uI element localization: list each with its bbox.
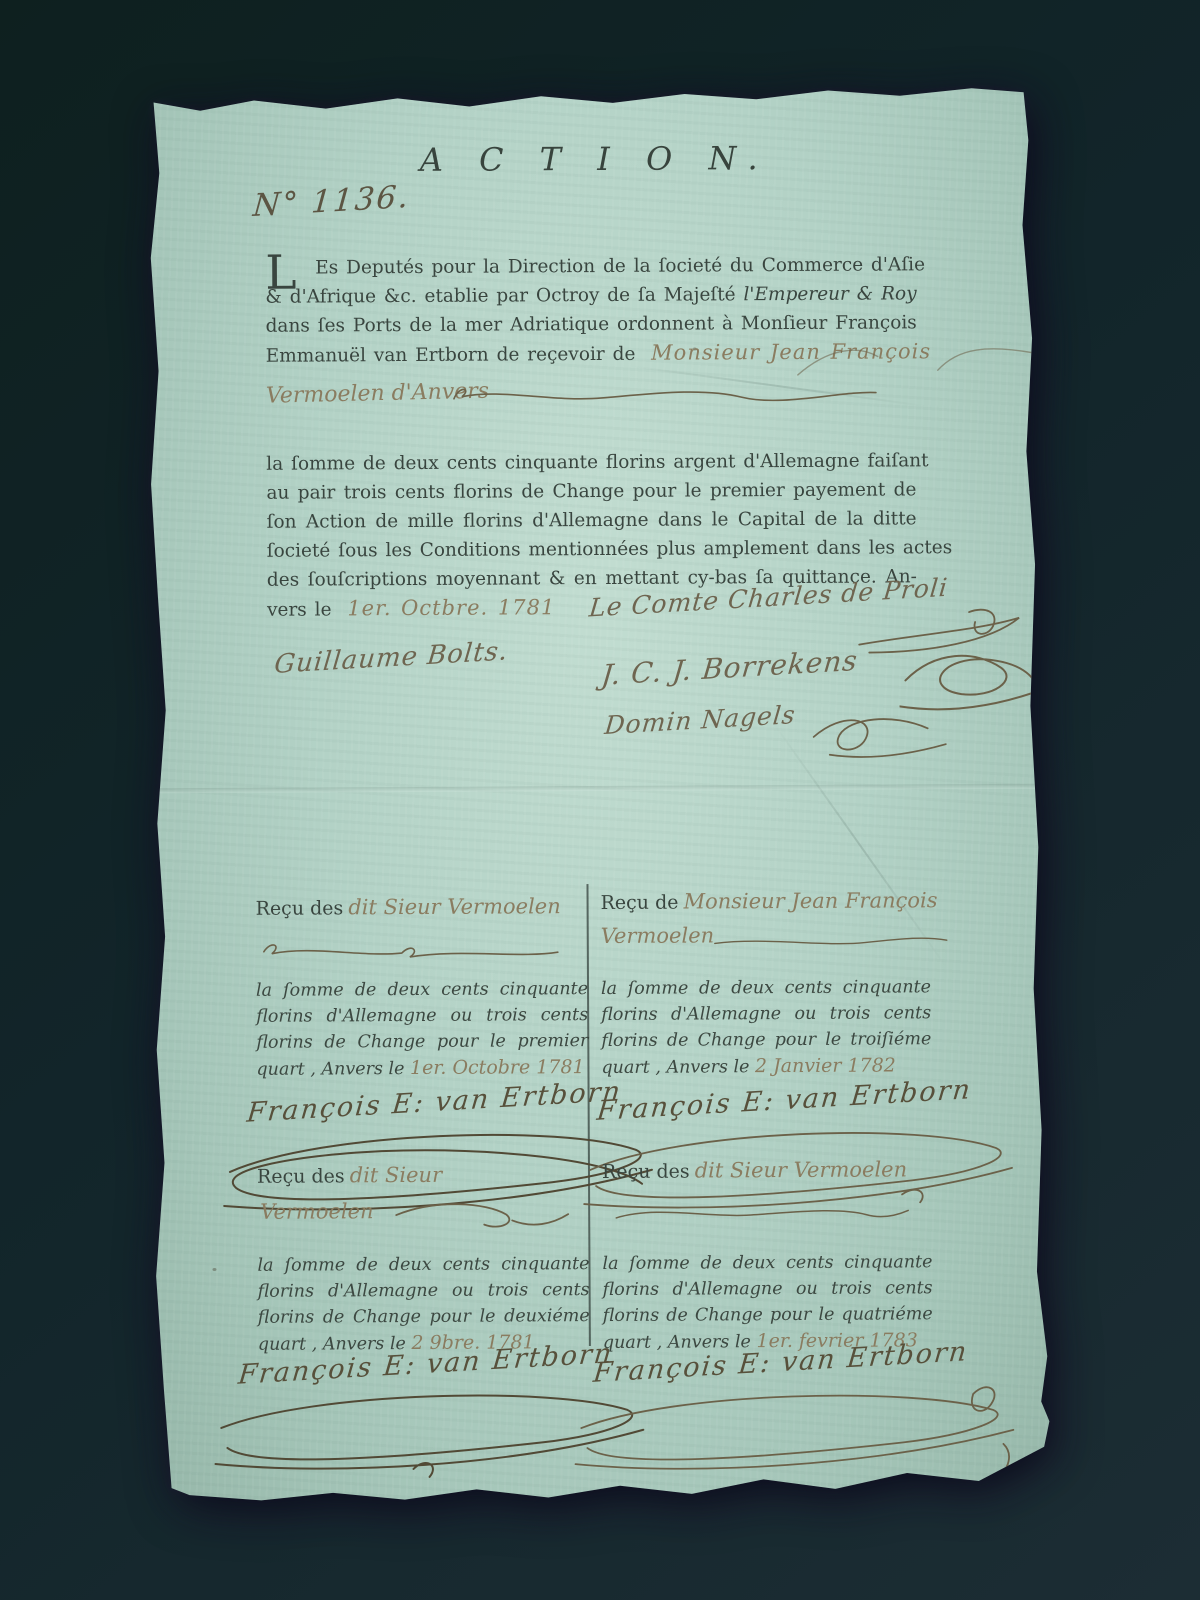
handwritten-recipient: Monsieur Jean François — [651, 339, 931, 364]
paragraph-line: ſon Action de mille florins d'Allemagne … — [267, 504, 917, 536]
paragraph-line: ſocieté ſous les Conditions mentionnées … — [267, 533, 917, 565]
photo-background: A C T I O N. N° 1136. L Es Deputés pour … — [0, 0, 1200, 1600]
paragraph-segment: & d'Afrique &c. etablie par Octroy de ſa… — [265, 284, 743, 308]
handwritten-date: 1er. Octbre. 1781 — [347, 595, 555, 620]
receipt-3-heading-line2: Vermoelen — [260, 1199, 373, 1224]
signature-flourish — [573, 1374, 1024, 1496]
receipt-date: 2 Janvier 1782 — [755, 1054, 896, 1077]
paragraph-line: au pair trois cents florins de Change po… — [266, 475, 916, 507]
receipt-2-signature: François E: van Ertborn — [595, 1074, 973, 1127]
signature-flourish — [213, 1376, 654, 1488]
receipt-3-heading: Reçu des dit Sieur — [257, 1163, 442, 1188]
receipt-line: florins de Change pour le deuxiéme — [258, 1303, 590, 1331]
receipt-line: florins de Change pour le quatriéme — [603, 1301, 933, 1329]
document-title: A C T I O N. — [147, 138, 1044, 181]
pen-flourish — [711, 932, 951, 951]
paragraph-segment: Emmanuël van Ertborn de reçevoir de — [266, 344, 636, 367]
paragraph-line: la ſomme de deux cents cinquante florins… — [266, 446, 916, 478]
paragraph-line: Emmanuël van Ertborn de reçevoir de Mons… — [266, 337, 916, 370]
paragraph-line: dans ſes Ports de la mer Adriatique ordo… — [265, 308, 915, 340]
pen-flourish — [392, 1194, 572, 1231]
receipt-line: florins de Change pour le premier — [256, 1028, 588, 1056]
receipt-line: la ſomme de deux cents cinquante — [602, 1249, 932, 1277]
ink-speck — [212, 1268, 216, 1271]
receipt-line: quart , Anvers le 1er. Octobre 1781 — [256, 1054, 588, 1083]
receipt-2-heading-line2: Vermoelen — [601, 923, 714, 948]
receipt-hand-name: dit Sieur — [350, 1163, 442, 1187]
receipt-line: quart , Anvers le 2 Janvier 1782 — [601, 1052, 931, 1081]
document-paper: A C T I O N. N° 1136. L Es Deputés pour … — [146, 84, 1050, 1503]
pen-flourish — [448, 381, 878, 409]
paper-shadow: A C T I O N. N° 1136. L Es Deputés pour … — [0, 0, 1200, 1600]
handwritten-recipient-line2: Vermoelen d'Anvers — [266, 379, 490, 409]
receipt-printed-label: Reçu des — [602, 1161, 690, 1183]
pen-flourish — [612, 1202, 912, 1228]
receipt-hand-name: Monsieur Jean François — [683, 888, 937, 913]
signature-borrekens: J. C. J. Borrekens — [600, 644, 860, 692]
receipt-1-body: la ſomme de deux cents cinquante florins… — [256, 976, 589, 1083]
paragraph-line: Es Deputés pour la Direction de la ſocie… — [265, 250, 915, 282]
receipt-segment: quart , Anvers le — [256, 1059, 404, 1080]
receipt-1-signature: François E: van Ertborn — [245, 1076, 623, 1129]
paragraph-segment-italic: l'Empereur & Roy — [743, 283, 916, 305]
receipt-hand-name: dit Sieur Vermoelen — [348, 894, 561, 919]
receipt-printed-label: Reçu de — [601, 892, 679, 914]
document-number: N° 1136. — [252, 179, 412, 224]
receipt-hand-name: dit Sieur Vermoelen — [695, 1157, 908, 1182]
receipt-2-body: la ſomme de deux cents cinquante florins… — [601, 974, 932, 1081]
signature-bolts: Guillaume Bolts. — [273, 636, 510, 680]
receipt-line: florins d'Allemagne ou trois cents — [258, 1277, 590, 1305]
receipt-4-body: la ſomme de deux cents cinquante florins… — [602, 1249, 933, 1356]
paragraph-segment: vers le — [267, 599, 332, 620]
receipt-segment: quart , Anvers le — [601, 1057, 749, 1078]
paragraph-line: & d'Afrique &c. etablie par Octroy de ſa… — [265, 279, 915, 311]
receipt-printed-label: Reçu des — [257, 1165, 345, 1187]
receipt-line: la ſomme de deux cents cinquante — [256, 976, 588, 1004]
signature-nagels-flourish — [810, 702, 950, 763]
receipt-printed-label: Reçu des — [256, 897, 344, 919]
receipt-line: la ſomme de deux cents cinquante — [601, 974, 931, 1002]
receipt-4-heading: Reçu des dit Sieur Vermoelen — [602, 1157, 907, 1183]
receipt-line: florins d'Allemagne ou trois cents — [256, 1002, 588, 1030]
receipt-line: florins d'Allemagne ou trois cents — [603, 1275, 933, 1303]
receipt-2-heading: Reçu de Monsieur Jean François — [601, 888, 938, 914]
wrinkle — [629, 365, 927, 407]
receipt-line: la ſomme de deux cents cinquante — [257, 1251, 589, 1279]
opening-paragraph: Es Deputés pour la Direction de la ſocie… — [265, 250, 916, 370]
wrinkle — [773, 723, 948, 969]
receipt-1-heading: Reçu des dit Sieur Vermoelen — [256, 894, 561, 920]
signature-nagels: Domin Nagels — [603, 700, 797, 740]
fold-crease — [150, 784, 1047, 794]
pen-flourish — [256, 938, 566, 964]
signature-borrekens-paraph — [899, 636, 1049, 717]
receipt-line: florins d'Allemagne ou trois cents — [601, 1000, 931, 1028]
receipt-date: 1er. Octobre 1781 — [410, 1056, 585, 1079]
receipt-line: florins de Change pour le troiſiéme — [601, 1026, 931, 1054]
